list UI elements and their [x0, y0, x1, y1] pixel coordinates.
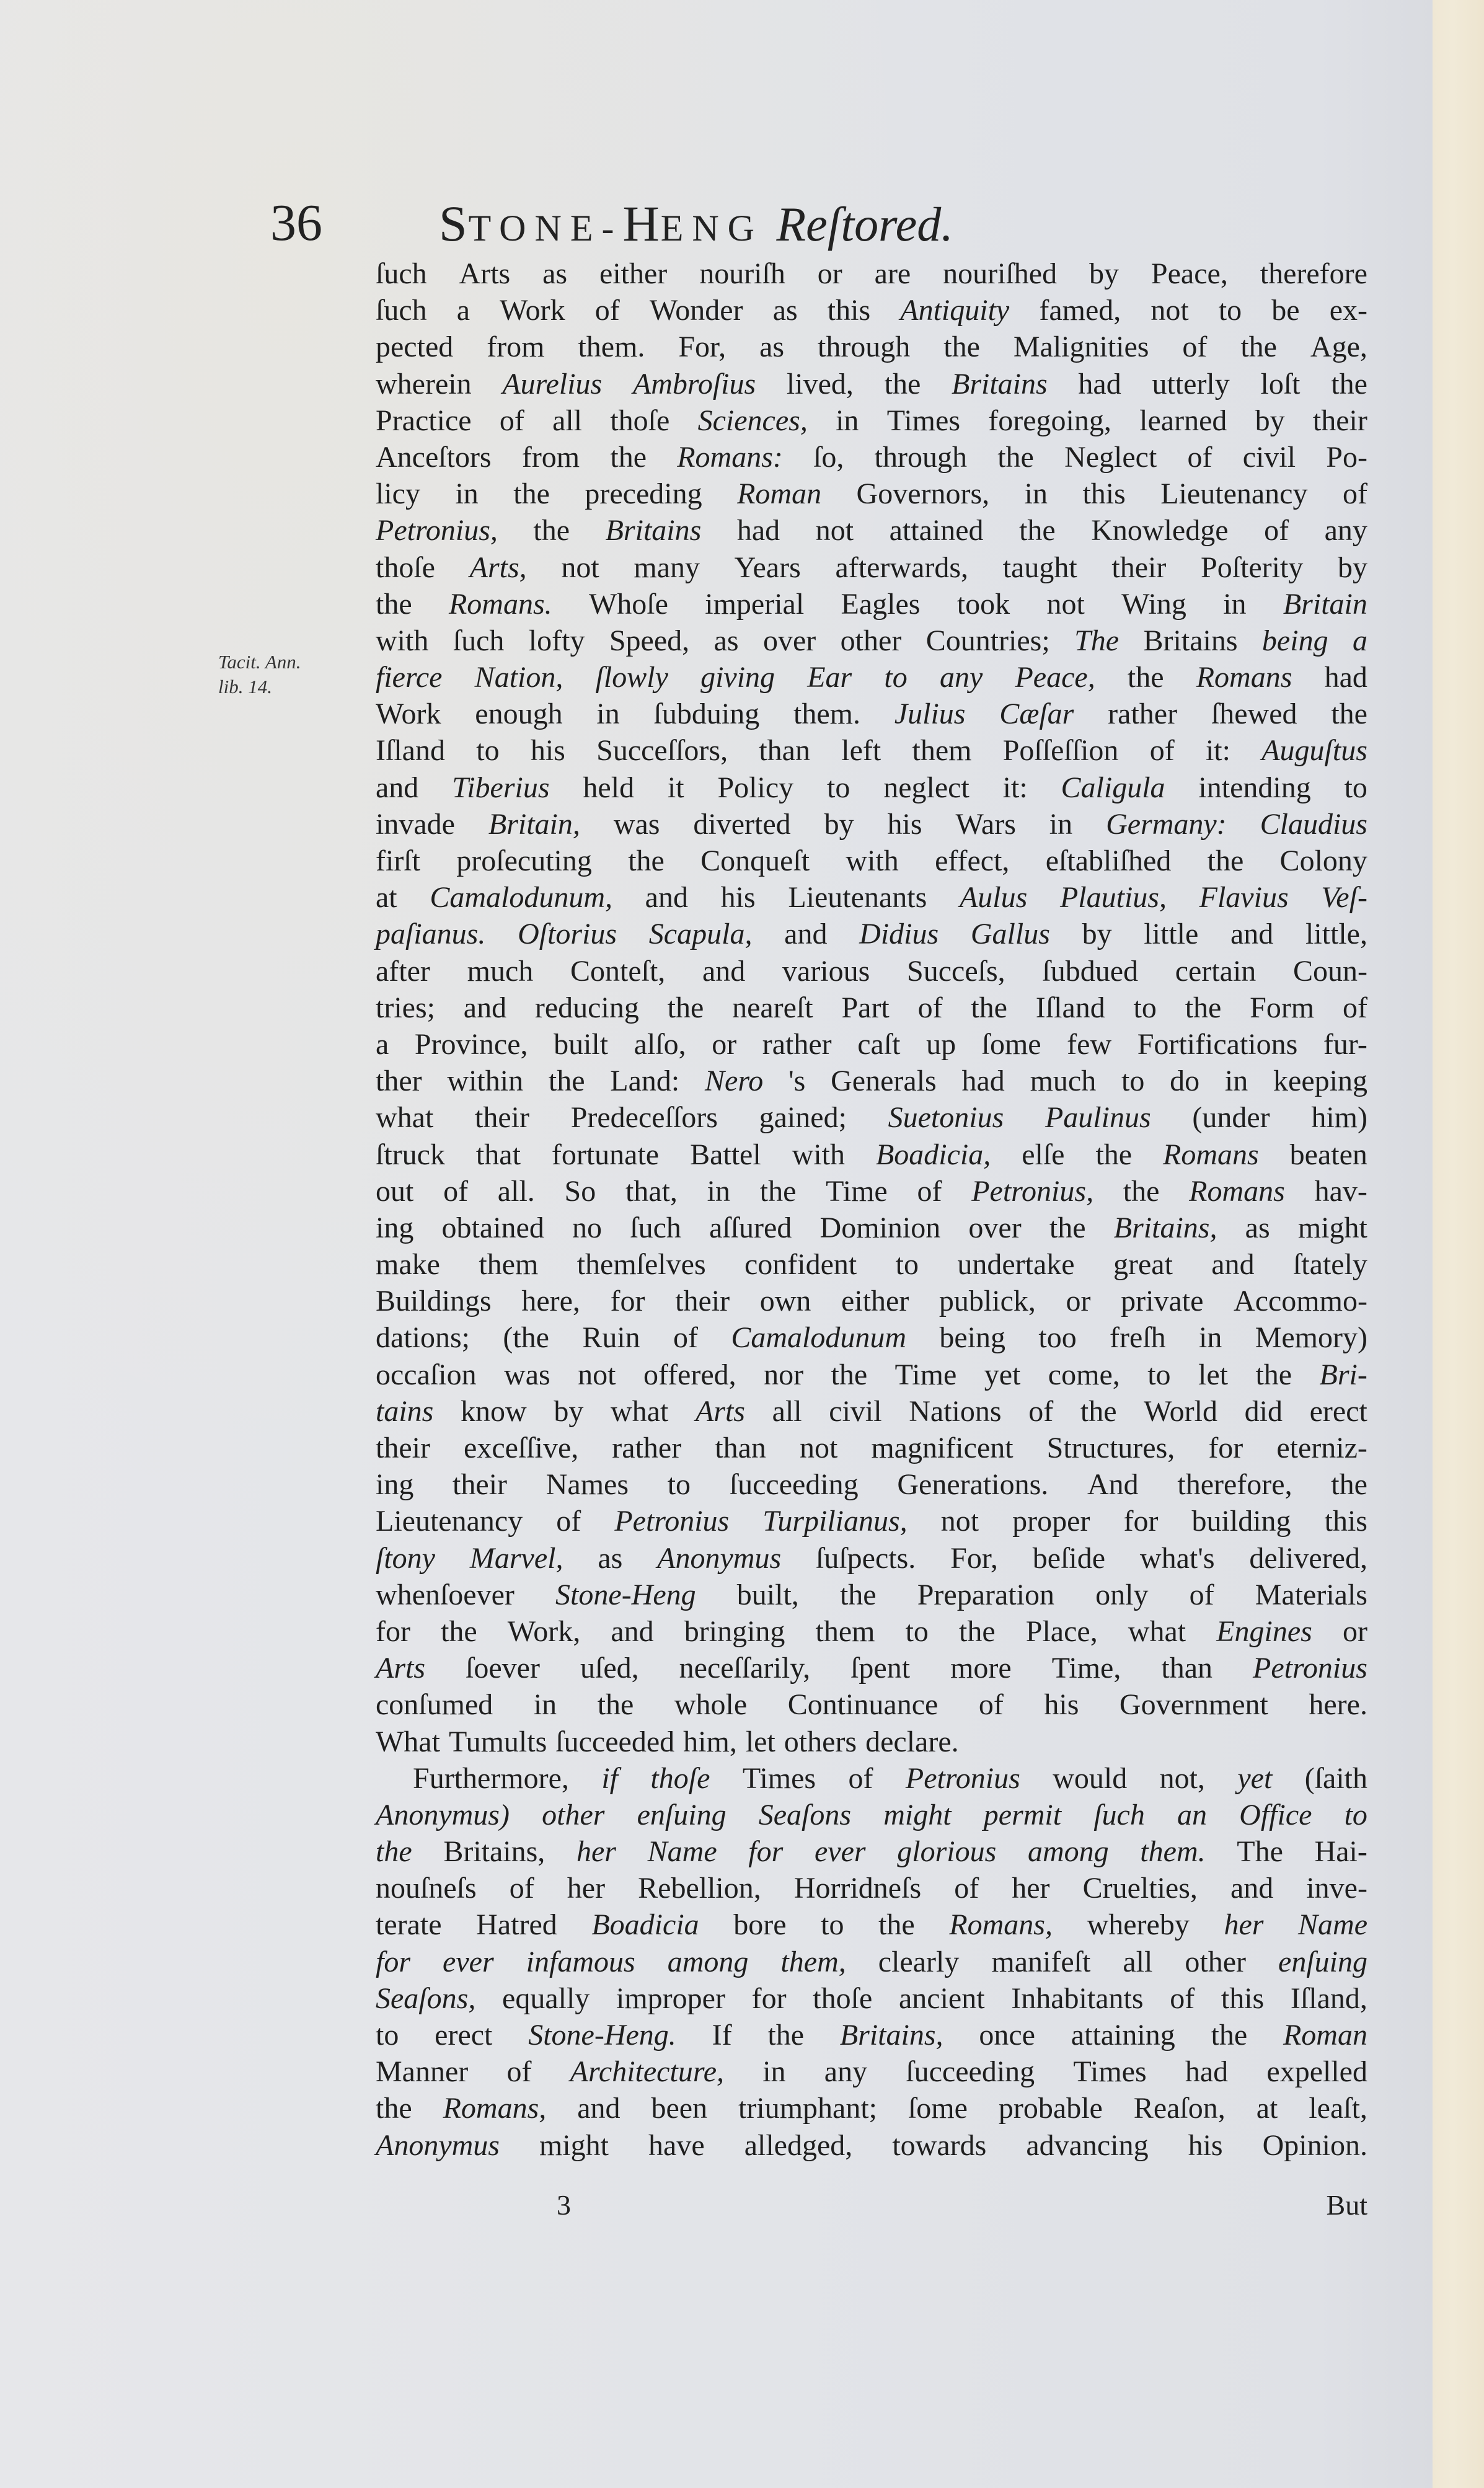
word: rather: [1108, 696, 1177, 732]
word: and: [577, 2090, 620, 2127]
italic-word: Seaſons: [759, 1797, 851, 1833]
word: civil: [829, 1393, 881, 1430]
word: once: [979, 2017, 1035, 2053]
word: of: [1343, 476, 1367, 512]
word: Poſterity: [1201, 549, 1303, 586]
italic-word: paſianus.: [376, 916, 485, 952]
italic-word: yet: [1237, 1760, 1272, 1797]
word: them: [479, 1246, 538, 1283]
italic-word: Nation,: [475, 659, 563, 696]
text-line: ſtruckthatfortunateBattelwithBoadicia,el…: [376, 1136, 1367, 1173]
word: Eagles: [841, 586, 921, 622]
word: of: [918, 989, 943, 1026]
word: of: [917, 1173, 942, 1210]
word: it: [668, 769, 684, 806]
italic-word: Arts: [696, 1393, 745, 1430]
word: the: [1049, 1210, 1086, 1246]
word: in: [1025, 476, 1048, 512]
word: eterniz-: [1276, 1430, 1367, 1466]
word: thoſe: [610, 402, 669, 439]
text-line: dations;(theRuinofCamalodunumbeingtoofre…: [376, 1319, 1367, 1356]
word: of: [1188, 439, 1212, 476]
word: the: [628, 843, 665, 879]
word: bringing: [684, 1613, 785, 1650]
italic-word: her: [576, 1833, 616, 1870]
word: of: [510, 1870, 534, 1906]
word: the: [831, 1357, 868, 1393]
text-line: therwithintheLand:Nero'sGeneralshadmucht…: [376, 1063, 1367, 1099]
next-page-edge: [1433, 0, 1484, 2488]
italic-word: among: [668, 1944, 749, 1980]
word: the: [760, 1173, 797, 1210]
word: by: [1255, 402, 1285, 439]
word: had: [1078, 366, 1121, 402]
italic-word: Camalodunum: [731, 1319, 906, 1356]
body-text: ſuchArtsaseithernouriſhorarenouriſhedbyP…: [376, 255, 1367, 2164]
word: leaſt,: [1309, 2090, 1367, 2127]
word: the: [1211, 2017, 1248, 2053]
word: ſucceeded: [555, 1724, 674, 1760]
word: be: [1271, 292, 1299, 329]
word: in: [534, 1686, 557, 1723]
italic-word: Nero: [705, 1063, 763, 1099]
word: as: [598, 1540, 622, 1577]
word: Generations.: [897, 1466, 1048, 1503]
word: ſubduing: [654, 696, 760, 732]
word: make: [376, 1246, 440, 1283]
word: been: [651, 2090, 707, 2127]
word: to: [827, 769, 850, 806]
word: the: [668, 989, 704, 1026]
word: of: [443, 1173, 468, 1210]
word: ſome: [908, 2090, 968, 2127]
word: had: [962, 1063, 1005, 1099]
word: attained: [890, 512, 984, 549]
text-line: ſuchaWorkofWonderasthisAntiquityfamed,no…: [376, 292, 1367, 329]
word: of: [1190, 1577, 1214, 1613]
word: therefore,: [1177, 1466, 1292, 1503]
word: of: [1264, 512, 1289, 549]
word: occaſion: [376, 1357, 477, 1393]
word: Knowledge: [1091, 512, 1228, 549]
word: Times: [1073, 2053, 1146, 2090]
word: Po-: [1326, 439, 1367, 476]
word: of: [506, 2053, 531, 2090]
text-line: ingtheirNamestoſucceedingGenerations.And…: [376, 1466, 1367, 1503]
text-line: theRomans,andbeentriumphant;ſomeprobable…: [376, 2090, 1367, 2127]
word: Coun-: [1293, 953, 1367, 989]
word: to: [1147, 1357, 1170, 1393]
word: ing: [376, 1466, 413, 1503]
word: the: [959, 1613, 996, 1650]
text-line: ſuchArtsaseithernouriſhorarenouriſhedbyP…: [376, 255, 1367, 292]
word: after: [376, 953, 430, 989]
word: Arts: [459, 255, 511, 292]
word: for: [1208, 1430, 1243, 1466]
word: Predeceſſors: [571, 1099, 718, 1136]
text-line: outofall.Sothat,intheTimeofPetronius,the…: [376, 1173, 1367, 1210]
word: Tumults: [449, 1724, 547, 1760]
running-head-italic: Reſtored.: [777, 197, 953, 251]
word: loſt: [1261, 366, 1301, 402]
word: as: [1245, 1210, 1270, 1246]
word: Colony: [1280, 843, 1367, 879]
word: not: [1151, 292, 1188, 329]
word: than: [1161, 1650, 1212, 1686]
word: Years: [735, 549, 801, 586]
word: Continuance: [788, 1686, 939, 1723]
italic-word: Julius: [894, 696, 966, 732]
word: inve-: [1306, 1870, 1367, 1906]
word: not: [561, 549, 599, 586]
italic-word: Romans,: [443, 2090, 547, 2127]
italic-word: Britain: [1283, 586, 1367, 622]
italic-word: to: [884, 659, 907, 696]
word: his: [1044, 1686, 1079, 1723]
word: and: [1230, 1870, 1273, 1906]
text-line: MannerofArchitecture,inanyſucceedingTime…: [376, 2053, 1367, 2090]
word: Land:: [610, 1063, 679, 1099]
word: Reaſon,: [1134, 2090, 1226, 2127]
italic-word: Arts,: [470, 549, 527, 586]
word: Ruin: [582, 1319, 640, 1356]
word: Generals: [831, 1063, 937, 1099]
word: Preparation: [917, 1577, 1054, 1613]
word: had: [1185, 2053, 1228, 2090]
word: of: [1150, 732, 1175, 769]
word: of: [1028, 1393, 1053, 1430]
word: keeping: [1273, 1063, 1367, 1099]
word: as: [714, 622, 739, 659]
word: certain: [1175, 953, 1257, 989]
word: any: [1325, 512, 1367, 549]
italic-word: fierce: [376, 659, 442, 696]
word: this: [1325, 1503, 1367, 1539]
word: famed,: [1039, 292, 1121, 329]
word: no: [572, 1210, 602, 1246]
word: in: [836, 402, 859, 439]
italic-word: Claudius: [1260, 806, 1367, 843]
word: here,: [521, 1283, 580, 1319]
word: caſt: [857, 1026, 900, 1063]
word: Whoſe: [589, 586, 668, 622]
text-line: whenſoeverStone-Hengbuilt,thePreparation…: [376, 1577, 1367, 1613]
word: of: [595, 292, 620, 329]
word: intending: [1198, 769, 1310, 806]
word: ing: [376, 1210, 413, 1246]
word: aſſured: [709, 1210, 792, 1246]
page-number: 36: [270, 197, 322, 249]
word: proſecuting: [456, 843, 592, 879]
word: enough: [475, 696, 562, 732]
italic-word: ſuch: [1093, 1797, 1145, 1833]
word: let: [1198, 1357, 1228, 1393]
word: to: [668, 1466, 691, 1503]
word: ſuch: [453, 622, 505, 659]
italic-word: Gallus: [971, 916, 1050, 952]
word: Place,: [1026, 1613, 1098, 1650]
word: Hatred: [476, 1906, 557, 1943]
word: Time: [826, 1173, 888, 1210]
text-line: PracticeofallthoſeSciences,inTimesforego…: [376, 402, 1367, 439]
text-line: paſianus.OſtoriusScapula,andDidiusGallus…: [376, 916, 1367, 952]
italic-word: Ambroſius: [633, 366, 756, 402]
word: Inhabitants: [1011, 1980, 1143, 2017]
word: ſtruck: [376, 1136, 445, 1173]
word: not,: [1160, 1760, 1205, 1797]
italic-word: permit: [984, 1797, 1061, 1833]
text-line: WhatTumultsſucceededhim,letothersdeclare…: [376, 1724, 1367, 1760]
italic-word: Tiberius: [452, 769, 549, 806]
word: a: [376, 1026, 389, 1063]
word: either: [841, 1283, 909, 1319]
word: effect,: [935, 843, 1009, 879]
word: his: [1188, 2127, 1223, 2164]
word: and: [611, 1613, 653, 1650]
word: reducing: [535, 989, 639, 1026]
italic-word: an: [1177, 1797, 1207, 1833]
word: and: [1230, 916, 1273, 952]
italic-word: ſlowly: [596, 659, 668, 696]
text-line: pectedfromthem.For,asthroughtheMaligniti…: [376, 329, 1367, 365]
text-line: fortheWork,andbringingthemtothePlace,wha…: [376, 1613, 1367, 1650]
word: of: [500, 402, 524, 439]
word: undertake: [957, 1246, 1074, 1283]
word: did: [1245, 1393, 1283, 1430]
word: taught: [1003, 549, 1077, 586]
word: it:: [1206, 732, 1230, 769]
text-line: theRomans.WhoſeimperialEaglestooknotWing…: [376, 586, 1367, 622]
word: whereby: [1087, 1906, 1190, 1943]
word: much: [1030, 1063, 1097, 1099]
italic-word: them.: [1140, 1833, 1205, 1870]
word: him,: [683, 1724, 737, 1760]
word: do: [1170, 1063, 1199, 1099]
word: and: [1211, 1246, 1254, 1283]
word: terate: [376, 1906, 442, 1943]
word: imperial: [705, 586, 804, 622]
word: yet: [984, 1357, 1021, 1393]
word: as: [759, 329, 784, 365]
italic-word: for: [376, 1944, 410, 1980]
word: (the: [503, 1319, 549, 1356]
italic-word: The: [1074, 622, 1119, 659]
word: Work,: [508, 1613, 580, 1650]
word: either: [599, 255, 667, 292]
italic-word: Flavius: [1199, 879, 1289, 916]
word: with: [846, 843, 898, 879]
italic-word: Aulus: [960, 879, 1027, 916]
word: invade: [376, 806, 455, 843]
word: others: [784, 1724, 857, 1760]
word: Lieutenancy: [376, 1503, 523, 1539]
word: licy: [376, 476, 420, 512]
word: ſucceeding: [906, 2053, 1035, 2090]
word: manifeſt: [991, 1944, 1090, 1980]
word: over: [968, 1210, 1021, 1246]
word: what: [611, 1393, 668, 1430]
italic-word: giving: [700, 659, 775, 696]
word: the: [1240, 329, 1277, 365]
word: over: [763, 622, 816, 659]
word: them.: [578, 329, 645, 365]
word: ſo,: [813, 439, 844, 476]
word: to: [1345, 769, 1367, 806]
italic-word: Britains,: [840, 2017, 943, 2053]
word: his: [531, 732, 565, 769]
word: Policy: [717, 769, 793, 806]
word: lived,: [787, 366, 854, 402]
word: the: [997, 439, 1034, 476]
italic-word: Britains: [952, 366, 1048, 402]
word: in: [455, 476, 478, 512]
word: or: [712, 1026, 736, 1063]
italic-word: glorious: [897, 1833, 996, 1870]
word: the: [1331, 366, 1367, 402]
word: themſelves: [577, 1246, 706, 1283]
word: thoſe: [813, 1980, 872, 2017]
text-line: IſlandtohisSucceſſors,thanleftthemPoſſeſ…: [376, 732, 1367, 769]
word: let: [746, 1724, 775, 1760]
word: (under: [1192, 1099, 1270, 1136]
word: her: [567, 1870, 605, 1906]
italic-word: for: [748, 1833, 783, 1870]
word: Conqueſt: [700, 843, 810, 879]
word: elſe: [1022, 1136, 1064, 1173]
word: are: [875, 255, 911, 292]
word: neareſt: [732, 989, 813, 1026]
word: to: [476, 732, 499, 769]
italic-word: Boadicia,: [876, 1136, 991, 1173]
word: know: [461, 1393, 527, 1430]
word: therefore: [1260, 255, 1367, 292]
italic-word: Architecture,: [570, 2053, 724, 2090]
text-line: whereinAureliusAmbroſiuslived,theBritain…: [376, 366, 1367, 402]
word: uſed,: [580, 1650, 639, 1686]
word: Time,: [1052, 1650, 1121, 1686]
italic-word: enſuing: [1278, 1944, 1367, 1980]
text-line: LieutenancyofPetroniusTurpilianus,notpro…: [376, 1503, 1367, 1539]
word: delivered,: [1249, 1540, 1367, 1577]
word: to: [896, 1246, 919, 1283]
word: was: [614, 806, 660, 843]
word: Fortifications: [1137, 1026, 1298, 1063]
word: what: [1128, 1613, 1186, 1650]
word: the: [513, 476, 550, 512]
text-line: Seaſons,equallyimproperforthoſeancientIn…: [376, 1980, 1367, 2017]
word: Countries;: [926, 622, 1050, 659]
word: at: [376, 879, 397, 916]
italic-word: Britain,: [488, 806, 580, 843]
word: nor: [764, 1357, 803, 1393]
word: Britains: [1144, 622, 1238, 659]
italic-word: Stone-Heng: [555, 1577, 696, 1613]
word: in: [707, 1173, 730, 1210]
word: civil: [1243, 439, 1296, 476]
italic-word: among: [1028, 1833, 1109, 1870]
word: Memory): [1255, 1319, 1367, 1356]
word: to: [1219, 292, 1242, 329]
word: what: [376, 1099, 433, 1136]
word: few: [1067, 1026, 1111, 1063]
word: of: [979, 1686, 1004, 1723]
word: own: [760, 1283, 811, 1319]
word: other: [1185, 1944, 1246, 1980]
word: much: [467, 953, 534, 989]
word: other: [841, 622, 902, 659]
italic-word: Didius: [859, 916, 939, 952]
word: at: [1257, 2090, 1278, 2127]
italic-word: Suetonius: [888, 1099, 1004, 1136]
word: Iſland: [376, 732, 445, 769]
text-line: ſtonyMarvel,asAnonymusſuſpects.For,beſid…: [376, 1540, 1367, 1577]
italic-word: tains: [376, 1393, 433, 1430]
word: Age,: [1310, 329, 1367, 365]
word: towards: [892, 2127, 986, 2164]
italic-word: infamous: [526, 1944, 635, 1980]
word: Speed,: [609, 622, 689, 659]
word: eſtabliſhed: [1046, 843, 1172, 879]
word: ſoever: [466, 1650, 540, 1686]
word: Rebellion,: [638, 1870, 761, 1906]
italic-word: Name: [1298, 1906, 1367, 1943]
word: with: [792, 1136, 845, 1173]
word: to: [821, 1906, 844, 1943]
word: fortunate: [552, 1136, 659, 1173]
italic-word: Petronius,: [376, 512, 498, 549]
word: to: [1121, 1063, 1144, 1099]
word: left: [841, 732, 881, 769]
word: ex-: [1330, 292, 1367, 329]
word: to: [376, 2017, 399, 2053]
word: Furthermore,: [413, 1760, 569, 1797]
word: or: [1343, 1613, 1367, 1650]
word: utterly: [1152, 366, 1229, 402]
word: as: [773, 292, 798, 329]
italic-word: Roman: [1283, 2017, 1367, 2053]
text-line: Furthermore,ifthoſeTimesofPetroniuswould…: [376, 1760, 1367, 1797]
text-line: atCamalodunum,andhisLieutenantsAulusPlau…: [376, 879, 1367, 916]
signature-mark: 3: [557, 2189, 571, 2221]
word: beaten: [1290, 1136, 1367, 1173]
word: ſtately: [1293, 1246, 1367, 1283]
italic-word: Name: [648, 1833, 717, 1870]
word: for: [1124, 1503, 1159, 1539]
word: bore: [733, 1906, 786, 1943]
word: Times: [887, 402, 960, 439]
italic-word: Romans,: [949, 1906, 1053, 1943]
word: the: [1331, 1466, 1367, 1503]
word: For,: [678, 329, 726, 365]
text-line: Artsſoeveruſed,neceſſarily,ſpentmoreTime…: [376, 1650, 1367, 1686]
italic-word: Stone-Heng.: [528, 2017, 676, 2053]
italic-word: Marvel,: [470, 1540, 563, 1577]
word: ancient: [899, 1980, 985, 2017]
word: lofty: [529, 622, 585, 659]
italic-word: the: [376, 1833, 412, 1870]
word: diverted: [693, 806, 790, 843]
italic-word: them,: [780, 1944, 846, 1980]
running-head-smallcaps-1: TONE-: [469, 208, 623, 249]
word: as: [542, 255, 567, 292]
word: the: [943, 329, 980, 365]
italic-word: Engines: [1216, 1613, 1312, 1650]
word: Poſſeſſion: [1003, 732, 1119, 769]
text-line: Anonymus)otherenſuingSeaſonsmightpermitſ…: [376, 1797, 1367, 1833]
word: alledged,: [744, 2127, 853, 2164]
text-line: tries;andreducingtheneareſtPartoftheIſla…: [376, 989, 1367, 1026]
word: and: [702, 953, 745, 989]
